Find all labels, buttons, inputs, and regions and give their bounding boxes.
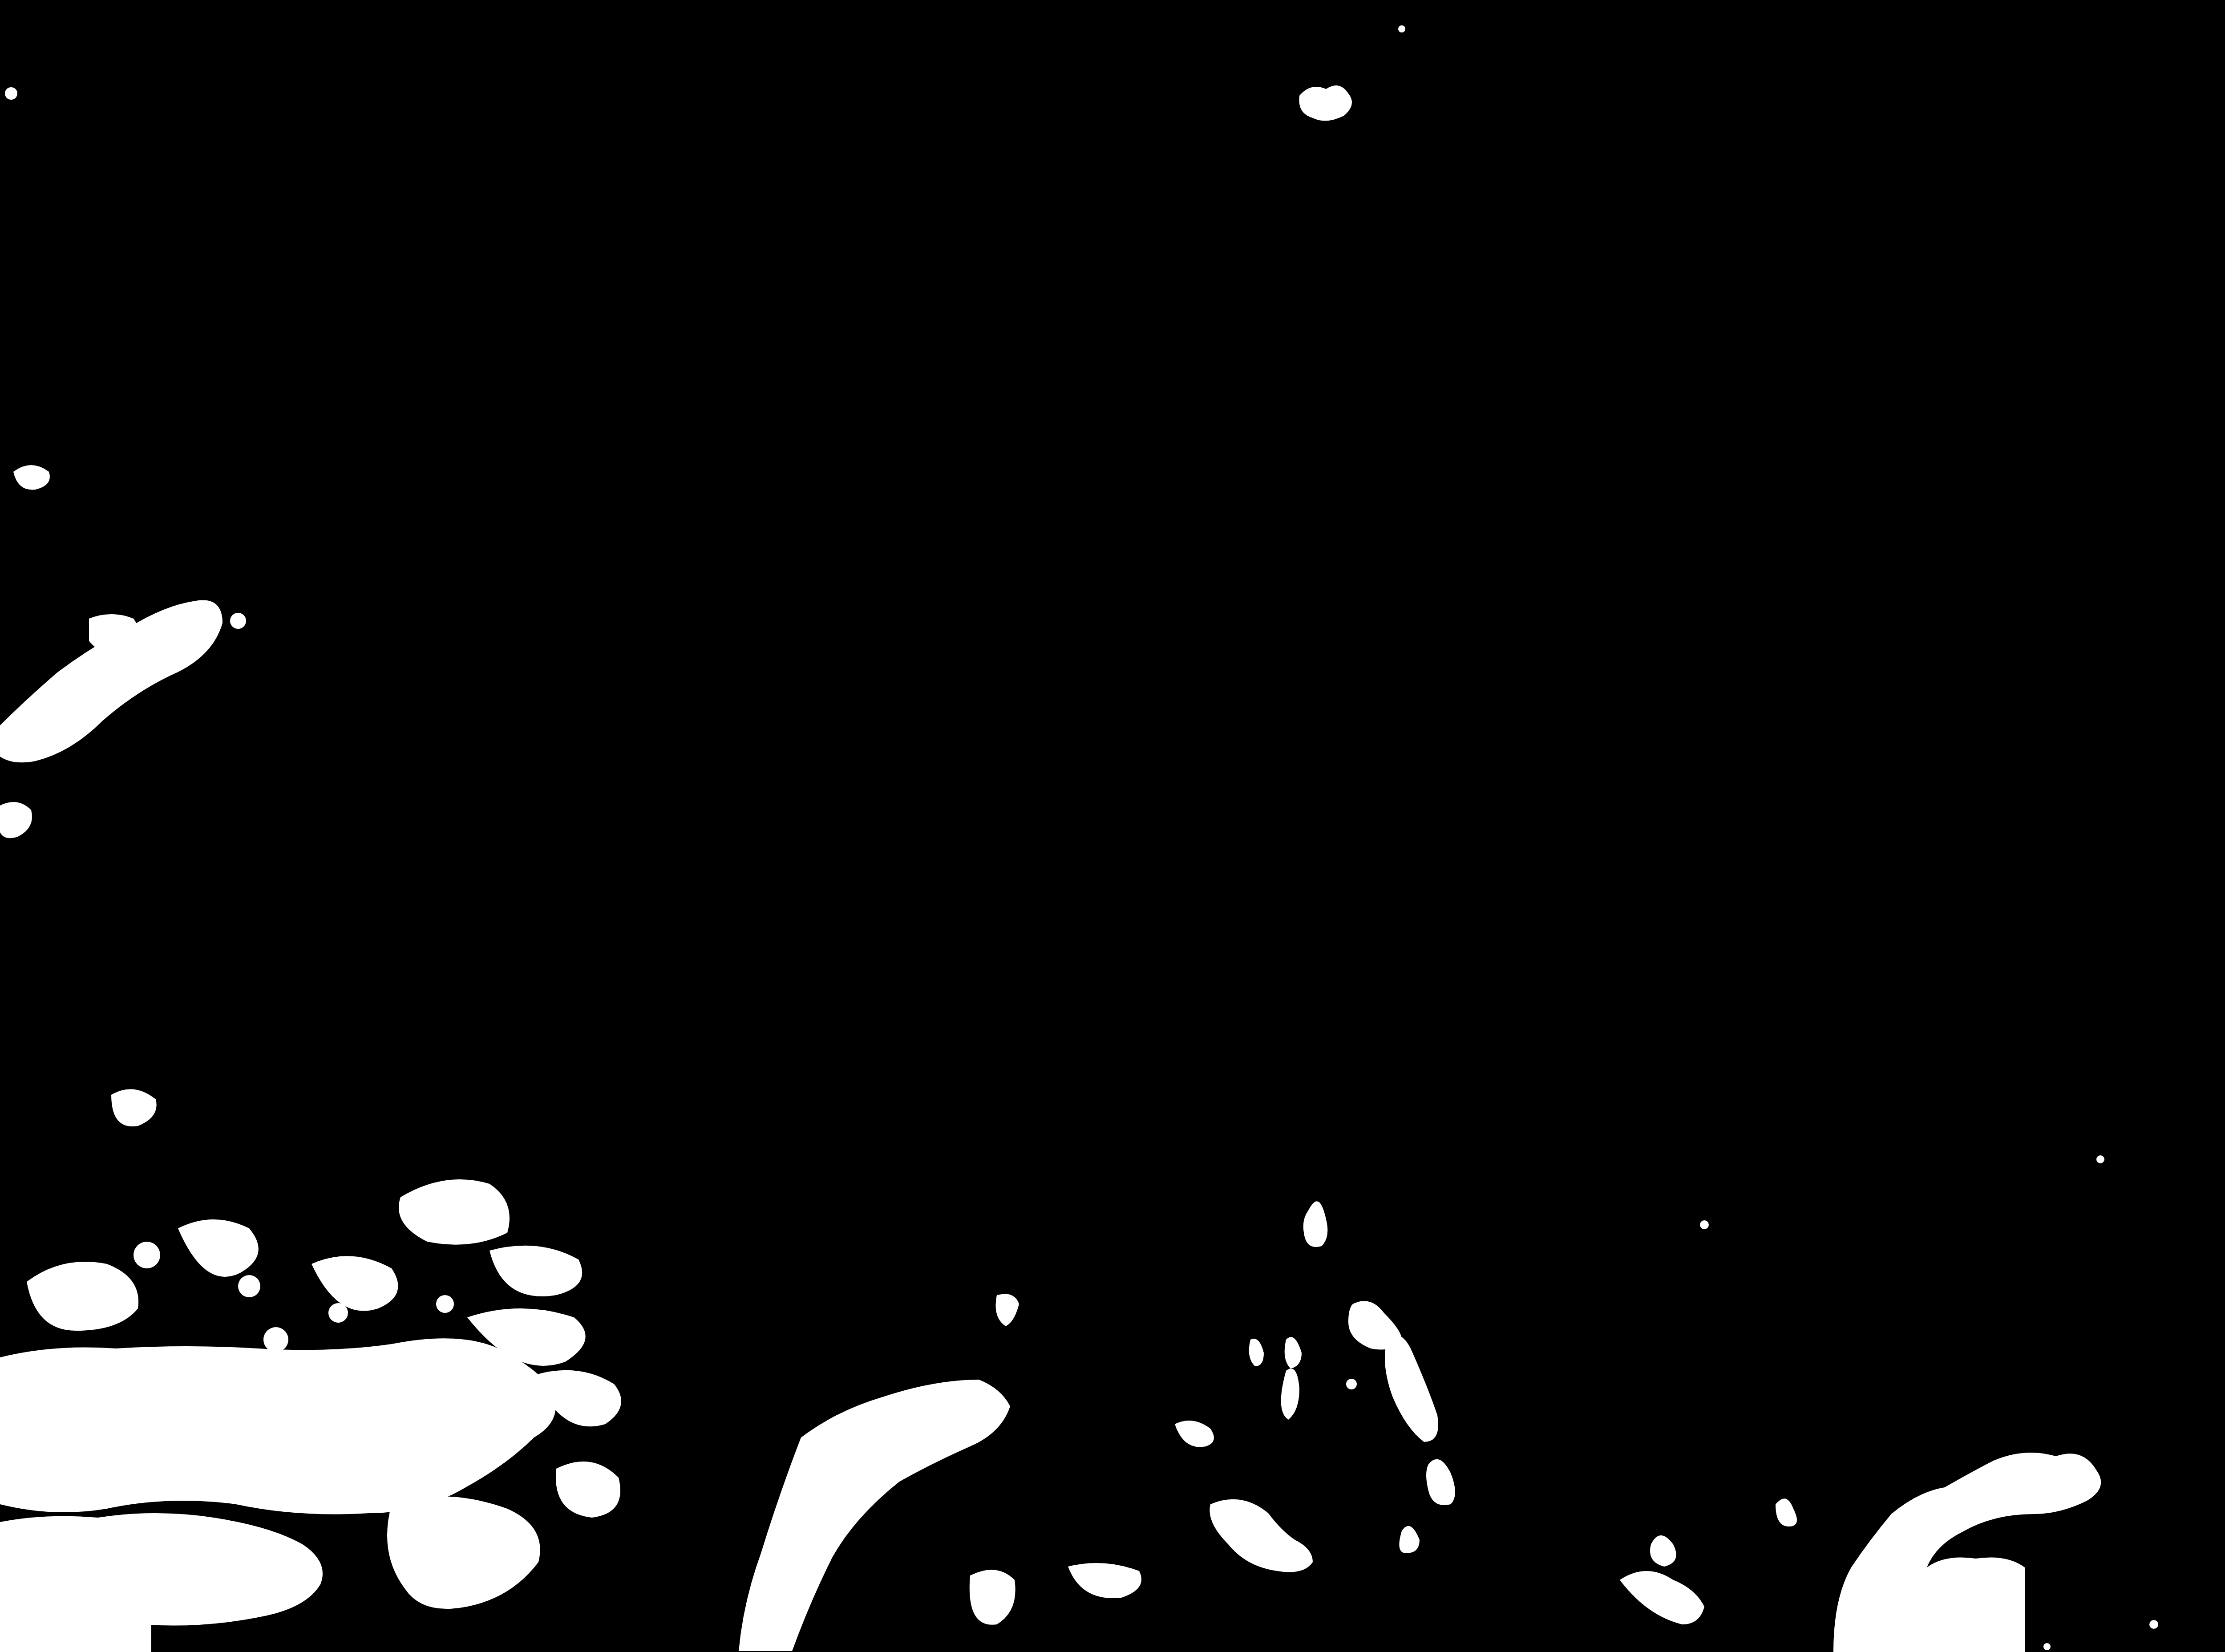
segmentation-mask — [0, 0, 2225, 1652]
